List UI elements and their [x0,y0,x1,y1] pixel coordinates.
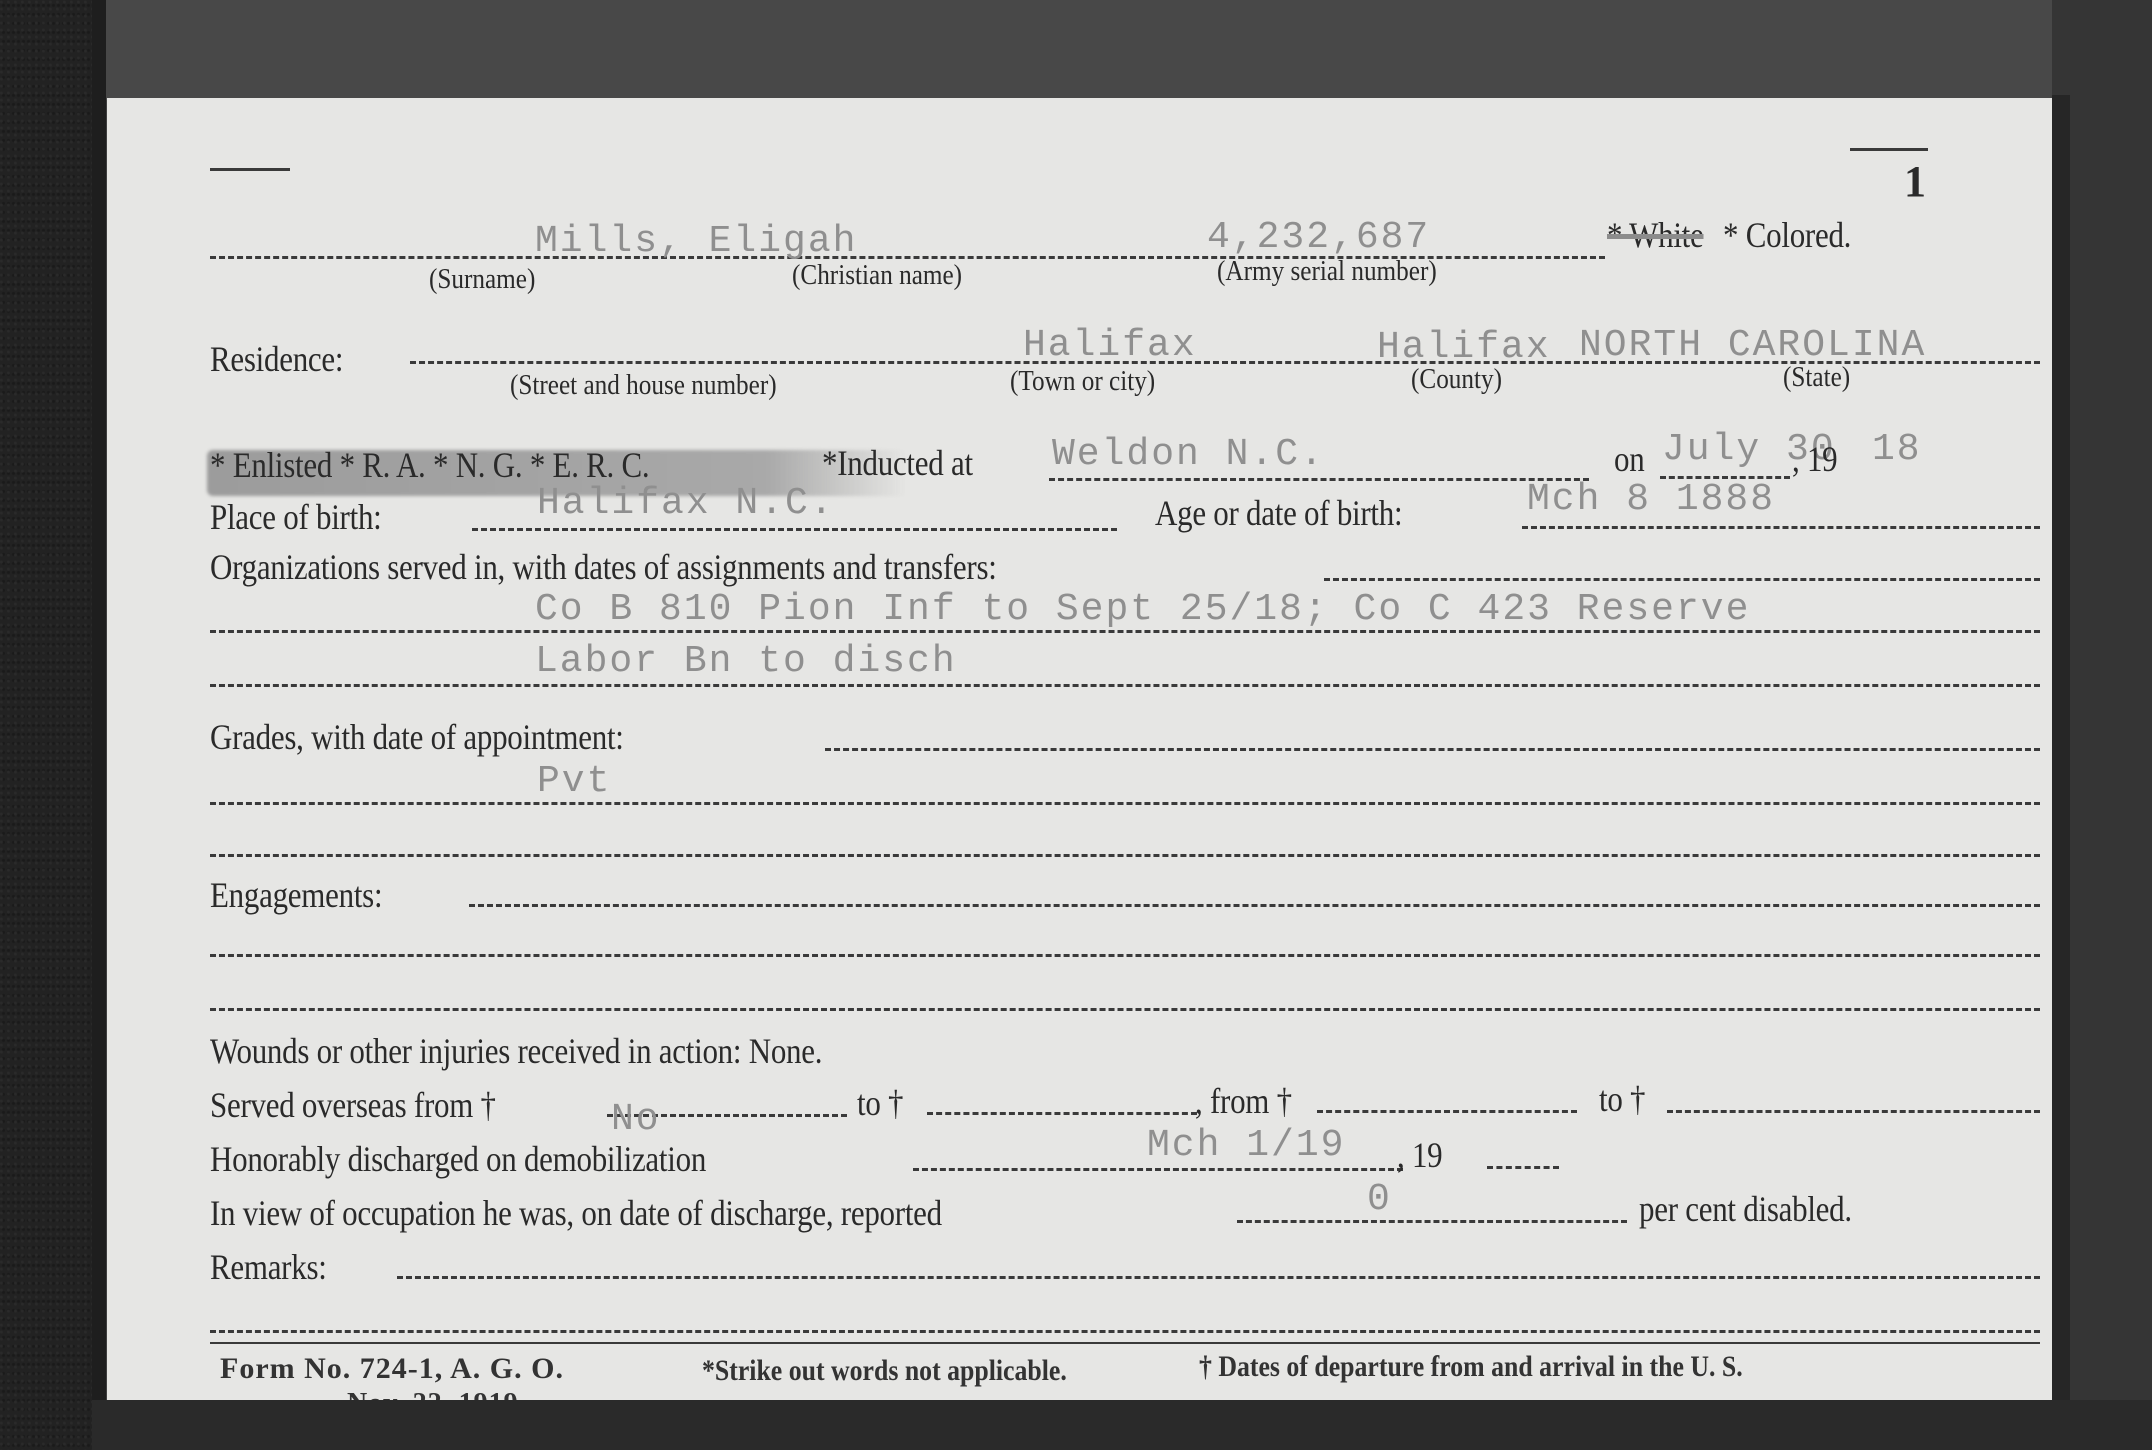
overseas-from2-label: , from † [1195,1080,1292,1122]
town-label: (Town or city) [1010,366,1155,398]
engagements-line-1 [210,954,2040,957]
date-of-birth-line [1522,526,2040,529]
organizations-line-2 [210,684,2040,687]
top-left-rule [210,168,290,171]
remarks-line-1 [210,1330,2040,1333]
surname-label: (Surname) [429,264,535,296]
inducted-at-label: *Inducted at [822,442,973,484]
residence-county: Halifax [1377,326,1551,369]
disability-label: In view of occupation he was, on date of… [210,1192,942,1234]
typed-name: Mills, Eligah [535,220,857,263]
date-of-birth: Mch 8 1888 [1527,478,1775,521]
organizations-entry-1: Co B 810 Pion Inf to Sept 25/18; Co C 42… [535,588,1750,631]
engagements-line-2 [210,1008,2040,1011]
organizations-entry-2: Labor Bn to disch [535,640,957,683]
service-record-card: 1 Mills, Eligah 4,232,687 * White * Colo… [107,98,2052,1400]
disability-percent: 0 [1367,1178,1392,1221]
on-label: on [1614,438,1644,480]
disability-line [1237,1220,1627,1223]
street-label: (Street and house number) [510,370,777,402]
discharge-year-line [1487,1166,1559,1169]
residence-town: Halifax [1023,324,1197,367]
enlistment-options-struck: * Enlisted * R. A. * N. G. * E. R. C. [210,444,649,486]
serial-number: 4,232,687 [1207,216,1430,259]
engagements-line-0 [469,904,2040,907]
grades-label: Grades, with date of appointment: [210,716,624,758]
organizations-line-0 [1324,578,2040,581]
discharge-year-prefix: , 19 [1397,1134,1442,1176]
overseas-to-line [927,1112,1197,1115]
form-number: Form No. 724-1, A. G. O. [220,1352,564,1386]
inducted-place-line [1049,478,1589,481]
strike-note: *Strike out words not applicable. [702,1354,1067,1388]
year-prefix: , 19 [1792,438,1837,480]
dates-note: † Dates of departure from and arrival in… [1199,1350,1743,1384]
residence-state: NORTH CAROLINA [1579,324,1926,367]
place-of-birth-label: Place of birth: [210,496,382,538]
grades-line-2 [210,854,2040,857]
serial-number-label: (Army serial number) [1217,256,1437,288]
county-label: (County) [1411,364,1502,396]
grades-line-1 [210,802,2040,805]
date-of-birth-label: Age or date of birth: [1155,492,1402,534]
organizations-label: Organizations served in, with dates of a… [210,546,997,588]
race-white-struck: * White [1607,215,1704,255]
scan-background-bottom [92,1400,2152,1450]
overseas-to2-label: to † [1599,1078,1645,1120]
place-of-birth: Halifax N.C. [537,482,835,525]
card-left-shadow [92,0,106,1450]
christian-name-label: (Christian name) [792,260,962,292]
discharge-date: Mch 1/19 [1147,1124,1345,1167]
state-label: (State) [1783,362,1850,394]
discharge-date-line [913,1168,1403,1171]
discharge-label: Honorably discharged on demobilization [210,1138,706,1180]
engagements-label: Engagements: [210,874,382,916]
remarks-label: Remarks: [210,1246,327,1288]
disability-suffix: per cent disabled. [1639,1188,1852,1230]
cut-off-form-date: Nov. 22, 1919 [347,1388,647,1400]
inducted-place: Weldon N.C. [1052,433,1325,476]
place-of-birth-line [472,528,1117,531]
served-overseas-label: Served overseas from † [210,1084,496,1126]
overseas-to-label: to † [857,1082,903,1124]
inducted-year: 18 [1872,428,1922,471]
scan-background-top [106,0,2152,100]
grade-entry: Pvt [537,760,611,803]
grades-line-0 [825,748,2040,751]
wounds-label: Wounds or other injuries received in act… [210,1030,822,1072]
card-right-shadow [2052,95,2070,1405]
overseas-to2-line [1667,1110,2040,1113]
remarks-line-0 [397,1276,2040,1279]
residence-label: Residence: [210,338,343,380]
scanner-left-edge [0,0,92,1450]
overseas-from-value: No [611,1098,661,1141]
footer-rule [210,1342,2040,1344]
top-right-rule [1850,148,1928,151]
overseas-from2-line [1317,1110,1577,1113]
race-colored: * Colored. [1723,215,1851,255]
card-number: 1 [1904,156,1926,207]
